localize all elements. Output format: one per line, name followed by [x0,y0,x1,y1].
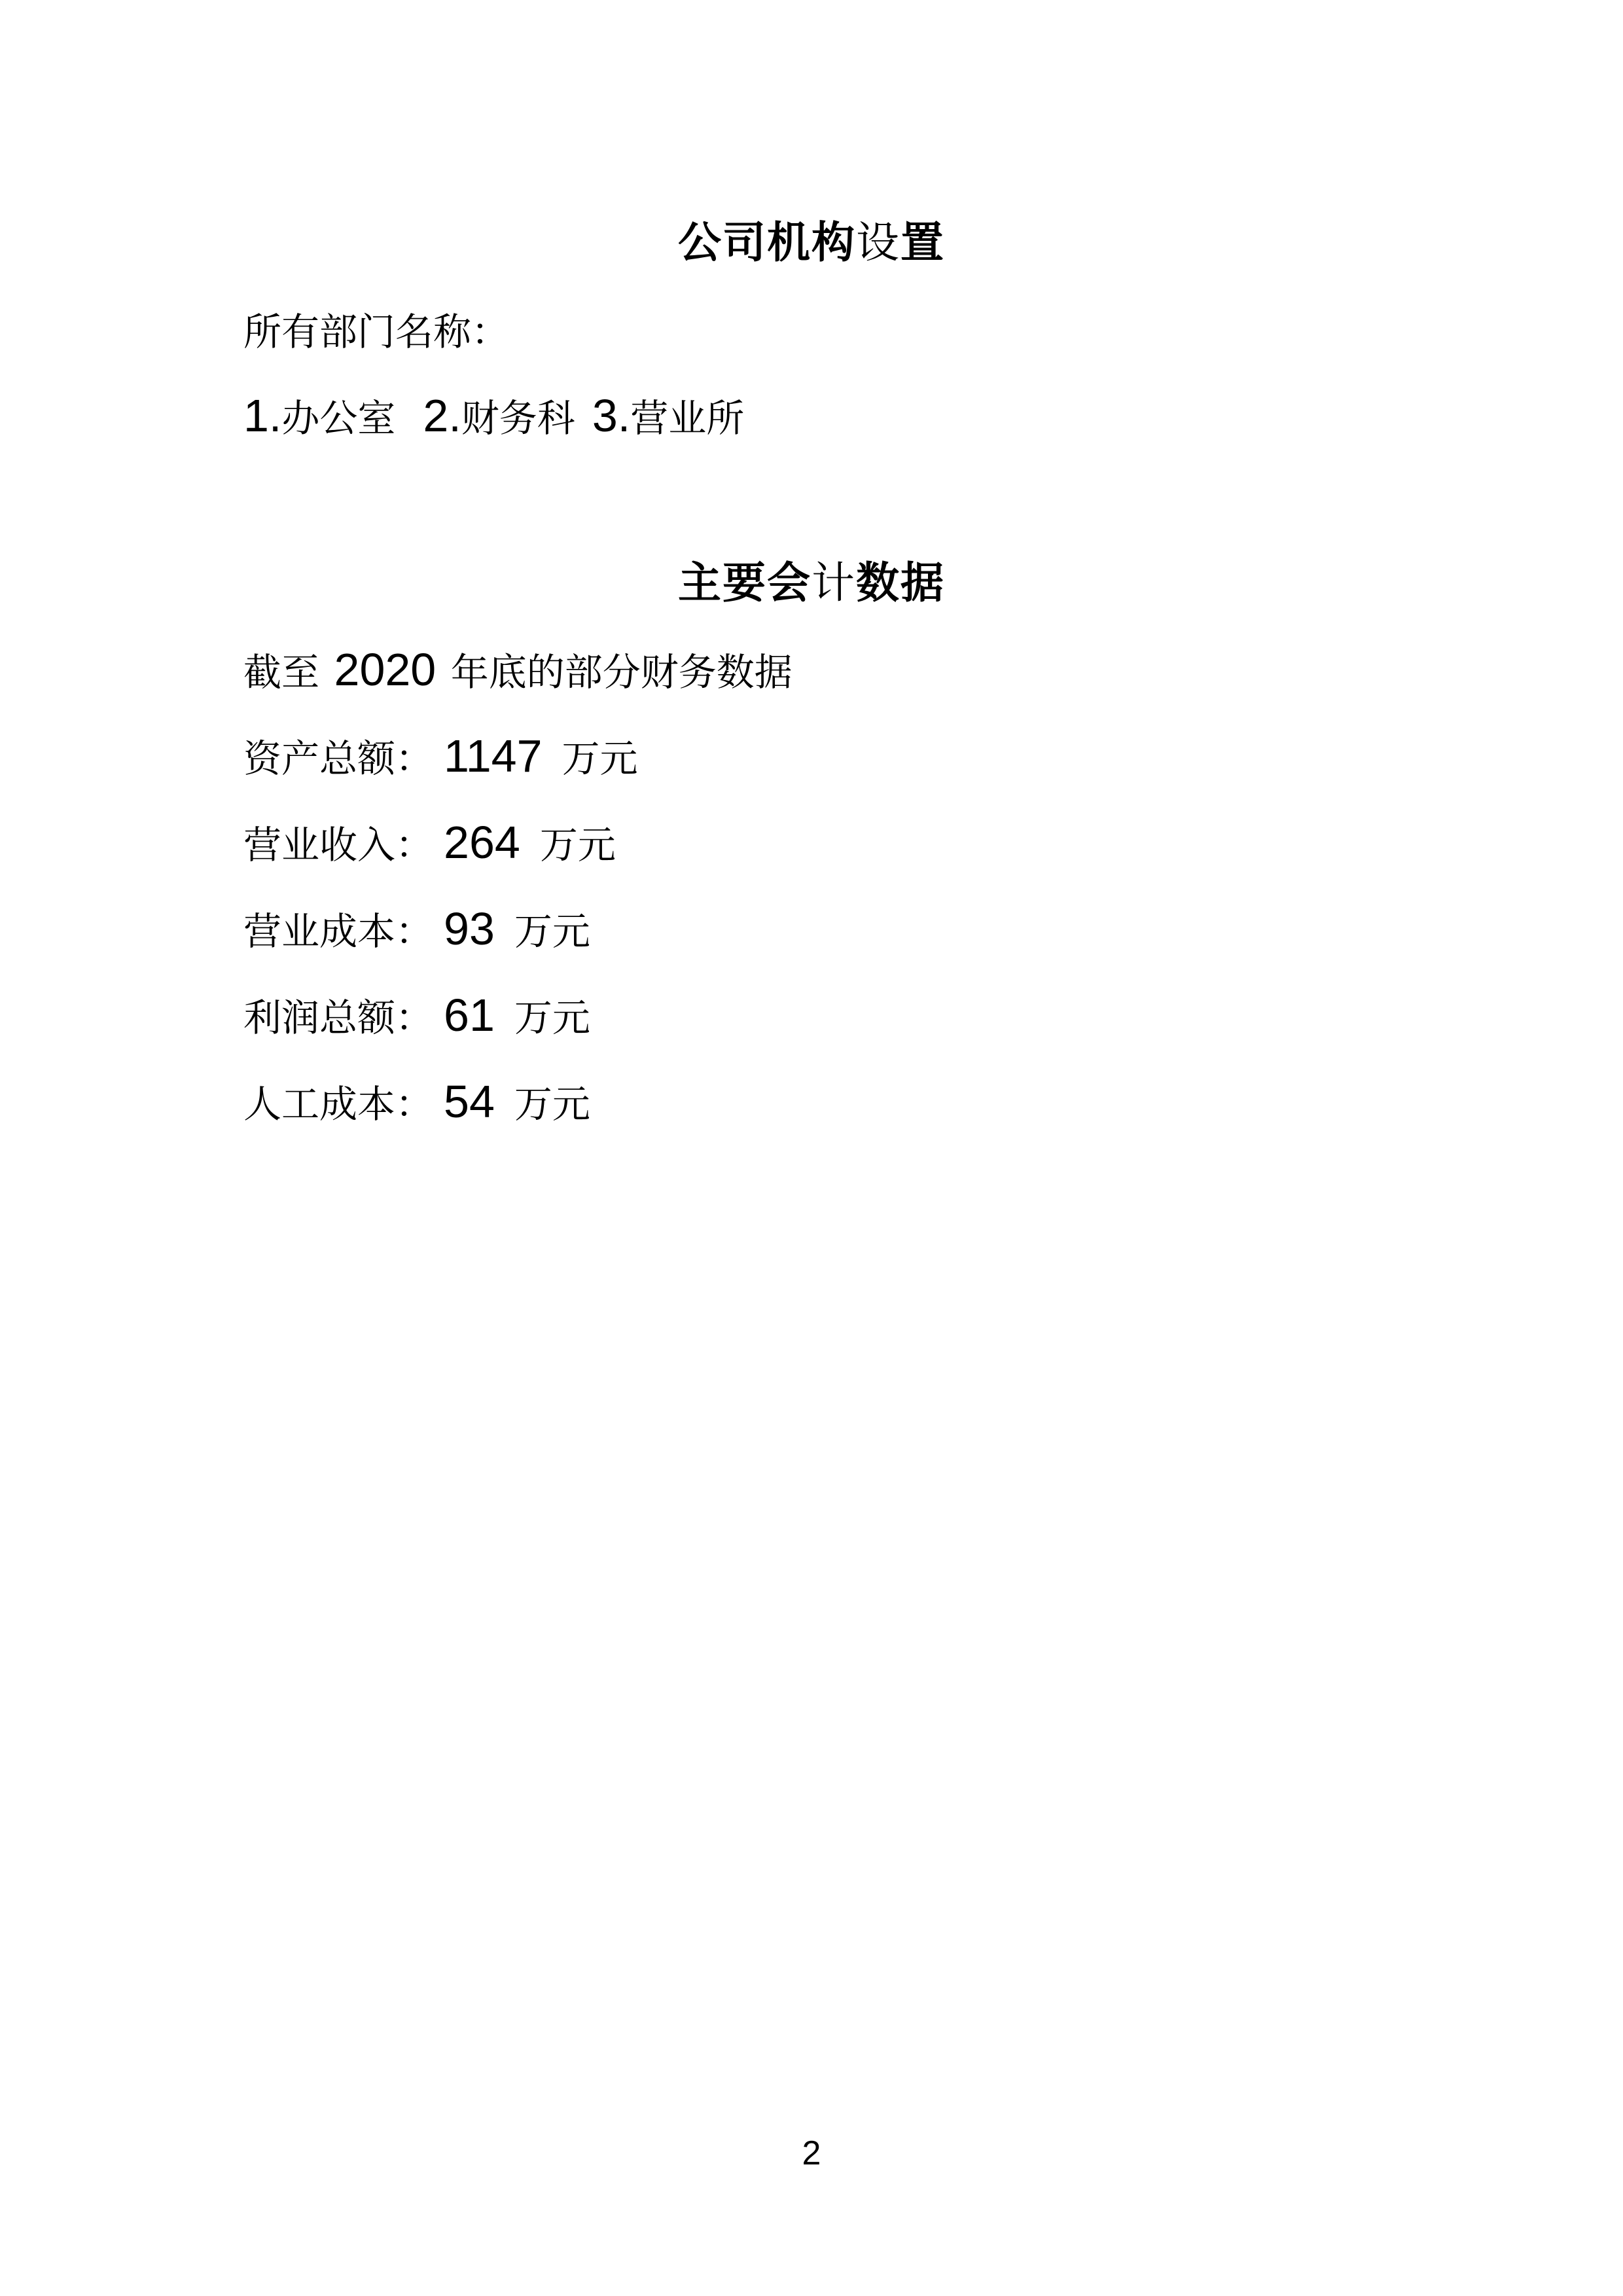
finance-intro: 截至 2020 年底的部分财务数据 [243,630,1380,716]
department-item-2: 2.财务科 [423,397,575,440]
finance-item-value: 61 [444,990,495,1041]
page-number: 2 [802,2134,821,2172]
document-page: 公司机构设置 所有部门名称： 1.办公室2.财务科3.营业所 主要会计数据 截至… [0,0,1623,2296]
finance-title-part-bold: 主要会 [678,558,811,607]
finance-item-operating-revenue: 营业收入：264万元 [243,802,1380,889]
finance-item-label: 营业收入： [243,824,433,867]
departments-intro-text: 所有部门名称： [243,311,509,353]
finance-item-label: 利润总额： [243,997,433,1039]
finance-item-unit: 万元 [540,824,616,867]
department-1-name: 办公室 [281,397,395,440]
department-item-3: 3.营业所 [592,397,744,440]
finance-item-value: 1147 [444,730,543,781]
finance-item-label: 资产总额： [243,738,433,780]
finance-item-labor-cost: 人工成本：54万元 [243,1062,1380,1148]
finance-intro-prefix: 截至 [243,651,329,694]
department-item-1: 1.办公室 [243,397,395,440]
finance-item-unit: 万元 [514,1083,590,1126]
department-1-number: 1. [243,390,281,441]
finance-item-value: 264 [444,817,520,868]
finance-title-part-bold-2: 数据 [856,558,945,607]
finance-intro-year: 2020 [334,644,437,695]
org-title-part-bold: 公司机构 [678,218,856,266]
department-3-name: 营业所 [630,397,744,440]
finance-item-unit: 万元 [514,910,590,953]
org-title-part-light: 设 [856,219,901,267]
departments-list: 1.办公室2.财务科3.营业所 [243,376,1380,462]
finance-item-value: 93 [444,903,495,954]
org-section-title: 公司机构设置 [243,196,1380,289]
finance-intro-suffix: 年底的部分财务数据 [441,651,793,694]
departments-intro: 所有部门名称： [243,289,1380,376]
page-content: 公司机构设置 所有部门名称： 1.办公室2.财务科3.营业所 主要会计数据 截至… [0,0,1623,1148]
finance-section-title: 主要会计数据 [243,537,1380,630]
finance-item-label: 营业成本： [243,910,433,953]
finance-item-total-profit: 利润总额：61万元 [243,975,1380,1062]
department-2-number: 2. [423,390,461,441]
org-title-part-bold-2: 置 [901,218,945,266]
finance-item-unit: 万元 [562,738,638,780]
finance-item-value: 54 [444,1076,495,1127]
finance-item-unit: 万元 [514,997,590,1039]
finance-item-total-assets: 资产总额：1147万元 [243,716,1380,802]
finance-title-part-light: 计 [811,560,856,607]
department-3-number: 3. [592,390,630,441]
department-2-name: 财务科 [461,397,575,440]
finance-item-label: 人工成本： [243,1083,433,1126]
finance-item-operating-cost: 营业成本：93万元 [243,889,1380,975]
page-footer: 2 [0,2136,1623,2170]
